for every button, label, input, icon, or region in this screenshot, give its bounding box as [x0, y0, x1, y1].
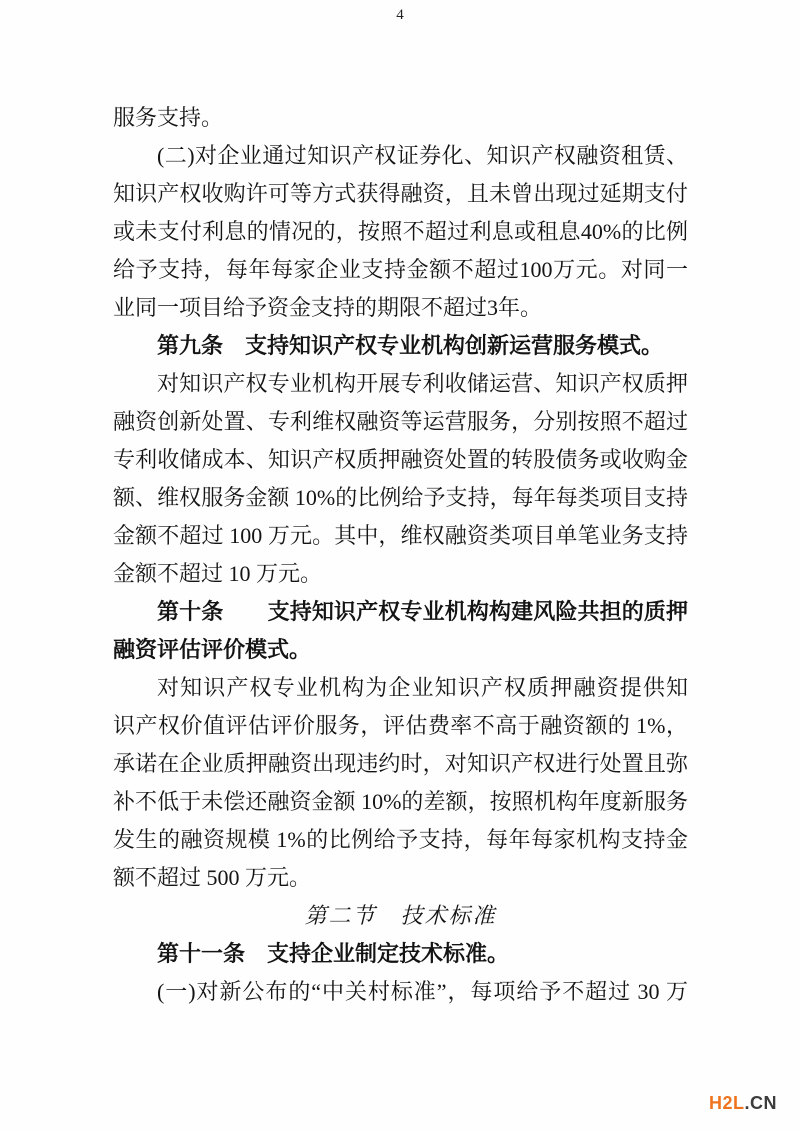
text-line-4: 或未支付利息的情况的，按照不超过利息或租息40%的比例: [113, 213, 688, 251]
text-line-3: 知识产权收购许可等方式获得融资，且未曾出现过延期支付: [113, 175, 688, 213]
text-line-7: 第九条 支持知识产权专业机构创新运营服务模式。: [113, 327, 688, 365]
text-line-16: 对知识产权专业机构为企业知识产权质押融资提供知: [113, 669, 688, 707]
text-line-12: 金额不超过 100 万元。其中，维权融资类项目单笔业务支持: [113, 517, 688, 555]
watermark: H2L.CN: [709, 1093, 777, 1114]
text-line-24: (一)对新公布的“中关村标准”，每项给予不超过 30 万: [113, 973, 688, 1011]
text-line-21: 额不超过 500 万元。: [113, 859, 688, 897]
text-line-23: 第十一条 支持企业制定技术标准。: [113, 935, 688, 973]
text-line-19: 补不低于未偿还融资金额 10%的差额，按照机构年度新服务: [113, 783, 688, 821]
text-line-20: 发生的融资规模 1%的比例给予支持，每年每家机构支持金: [113, 821, 688, 859]
text-line-15: 融资评估评价模式。: [113, 631, 688, 669]
text-line-1: 服务支持。: [113, 99, 688, 137]
watermark-brand: H2L: [709, 1093, 745, 1113]
text-line-2: (二)对企业通过知识产权证券化、知识产权融资租赁、: [113, 137, 688, 175]
text-line-14: 第十条 支持知识产权专业机构构建风险共担的质押: [113, 593, 688, 631]
text-line-17: 识产权价值评估评价服务，评估费率不高于融资额的 1%，并: [113, 707, 688, 745]
text-line-8: 对知识产权专业机构开展专利收储运营、知识产权质押: [113, 365, 688, 403]
text-line-11: 额、维权服务金额 10%的比例给予支持，每年每类项目支持: [113, 479, 688, 517]
text-block: 服务支持。(二)对企业通过知识产权证券化、知识产权融资租赁、知识产权收购许可等方…: [113, 99, 688, 1011]
text-line-22: 第二节 技术标准: [113, 897, 688, 935]
text-line-18: 承诺在企业质押融资出现违约时，对知识产权进行处置且弥: [113, 745, 688, 783]
watermark-suffix: .CN: [745, 1093, 778, 1113]
text-line-9: 融资创新处置、专利维权融资等运营服务，分别按照不超过: [113, 403, 688, 441]
text-line-13: 金额不超过 10 万元。: [113, 555, 688, 593]
document-page: 服务支持。(二)对企业通过知识产权证券化、知识产权融资租赁、知识产权收购许可等方…: [0, 0, 800, 1131]
text-line-10: 专利收储成本、知识产权质押融资处置的转股债务或收购金: [113, 441, 688, 479]
text-line-6: 业同一项目给予资金支持的期限不超过3年。: [113, 289, 688, 327]
page-number: 4: [0, 6, 800, 24]
text-line-5: 给予支持，每年每家企业支持金额不超过100万元。对同一企: [113, 251, 688, 289]
